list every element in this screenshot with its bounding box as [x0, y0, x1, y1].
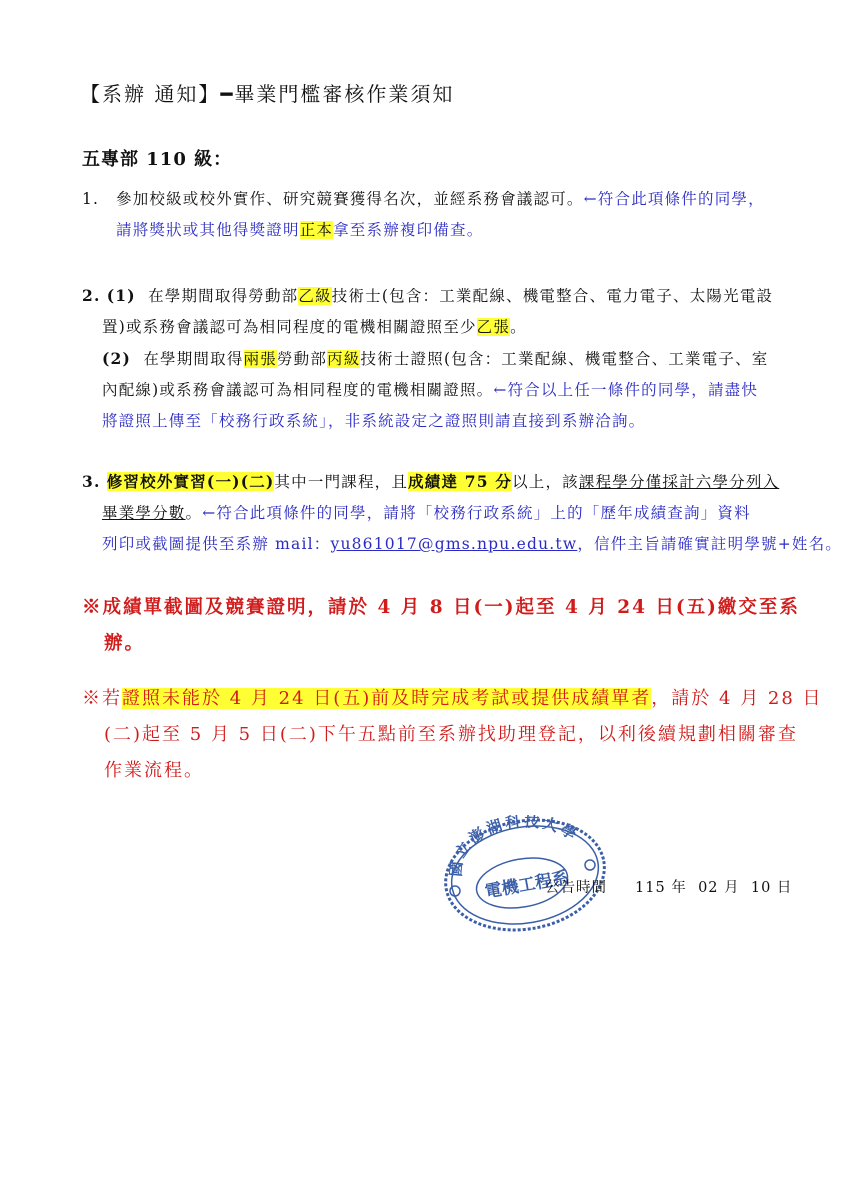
- sub-item-label: (2): [102, 349, 131, 368]
- email-link[interactable]: yu861017@gms.npu.edu.tw: [330, 535, 577, 553]
- item-text: 其中一門課程，且: [274, 473, 408, 491]
- item-note: 列印或截圖提供至系辦 mail：: [102, 535, 330, 553]
- seal-stamp-icon: 國立澎湖科技大學 電機工程系: [440, 815, 610, 933]
- highlight-one-cert: 乙張: [477, 318, 510, 336]
- highlight-late-cert: 證照未能於 4 月 24 日(五)前及時完成考試或提供成績單者: [122, 688, 651, 709]
- item-text: 。: [510, 318, 527, 336]
- date-year: 115: [635, 880, 666, 896]
- underlined-text: 課程學分僅採計六學分列入: [579, 473, 779, 491]
- highlight-two-certs: 兩張: [244, 350, 277, 368]
- item-text: 在學期間取得勞動部: [148, 287, 298, 305]
- item-text: 內配線)或系務會議認可為相同程度的電機相關證照。: [102, 381, 493, 399]
- deadline-notice: ※成績單截圖及競賽證明，請於 4 月 8 日(一)起至 4 月 24 日(五)繳…: [82, 590, 782, 662]
- item-text: 。: [186, 504, 203, 522]
- item-note: 拿至系辦複印備查。: [333, 221, 483, 239]
- item-text: 勞動部: [277, 350, 327, 368]
- item-note: ，信件主旨請確實註明學號+姓名。: [577, 535, 842, 553]
- underlined-text: 畢業學分數: [102, 504, 186, 522]
- highlight-internship: 修習校外實習(一)(二): [107, 472, 275, 491]
- requirement-item-3: 3. 修習校外實習(一)(二)其中一門課程，且成績達 75 分以上，該課程學分僅…: [82, 466, 772, 560]
- highlight-score: 成績達 75 分: [408, 472, 512, 491]
- date-month: 02: [698, 880, 718, 896]
- page-title: 【系辦 通知】━畢業門檻審核作業須知: [80, 78, 454, 107]
- date-label: 公告時間: [545, 880, 607, 896]
- notice-text: ，請於 4 月 28 日: [651, 688, 822, 709]
- item-text: 技術士證照(包含：工業配線、機電整合、工業電子、室: [360, 350, 768, 368]
- year-unit: 年: [671, 880, 687, 896]
- notice-line: 作業流程。: [82, 753, 782, 789]
- month-unit: 月: [724, 880, 740, 896]
- announcement-date: 公告時間 115 年 02 月 10 日: [545, 876, 792, 897]
- item-text: 置)或系務會議認可為相同程度的電機相關證照至少: [102, 318, 477, 336]
- highlight-original: 正本: [300, 221, 333, 239]
- item-note: 將證照上傳至「校務行政系統」，非系統設定之證照則請直接到系辦洽詢。: [102, 412, 645, 430]
- notice-line: ※成績單截圖及競賽證明，請於 4 月 8 日(一)起至 4 月 24 日(五)繳…: [82, 590, 782, 626]
- notice-line: (二)起至 5 月 5 日(二)下午五點前至系辦找助理登記，以利後續規劃相關審查: [82, 717, 782, 753]
- notice-page: 【系辦 通知】━畢業門檻審核作業須知 五專部 110 級： 1.參加校級或校外實…: [0, 0, 849, 1200]
- item-text: 在學期間取得: [143, 350, 243, 368]
- requirement-item-2: 2. (1) 在學期間取得勞動部乙級技術士(包含：工業配線、機電整合、電力電子、…: [82, 280, 772, 437]
- item-note: ←符合此項條件的同學，: [584, 190, 765, 208]
- highlight-level-c: 丙級: [327, 350, 360, 368]
- late-certificate-notice: ※若證照未能於 4 月 24 日(五)前及時完成考試或提供成績單者，請於 4 月…: [82, 681, 782, 789]
- department-seal: 國立澎湖科技大學 電機工程系: [440, 815, 610, 933]
- requirement-item-1: 1.參加校級或校外實作、研究競賽獲得名次，並經系務會議認可。←符合此項條件的同學…: [82, 184, 772, 246]
- item-number: 3.: [82, 472, 101, 491]
- section-heading: 五專部 110 級：: [82, 145, 232, 171]
- item-note: ←符合以上任一條件的同學，請盡快: [493, 381, 758, 399]
- notice-line: 辦。: [82, 626, 782, 662]
- day-unit: 日: [777, 880, 793, 896]
- highlight-level-b: 乙級: [298, 287, 331, 305]
- item-note: 請將獎狀或其他得獎證明: [116, 221, 300, 239]
- item-text: 技術士(包含：工業配線、機電整合、電力電子、太陽光電設: [332, 287, 773, 305]
- notice-prefix: ※若: [82, 688, 122, 709]
- item-text: 以上，該: [512, 473, 579, 491]
- item-number: 1.: [82, 184, 116, 215]
- item-note: ←符合此項條件的同學，請將「校務行政系統」上的「歷年成績查詢」資料: [202, 504, 751, 522]
- item-text: 參加校級或校外實作、研究競賽獲得名次，並經系務會議認可。: [116, 190, 584, 208]
- date-day: 10: [751, 880, 771, 896]
- item-number: 2.: [82, 286, 101, 305]
- sub-item-label: (1): [107, 286, 136, 305]
